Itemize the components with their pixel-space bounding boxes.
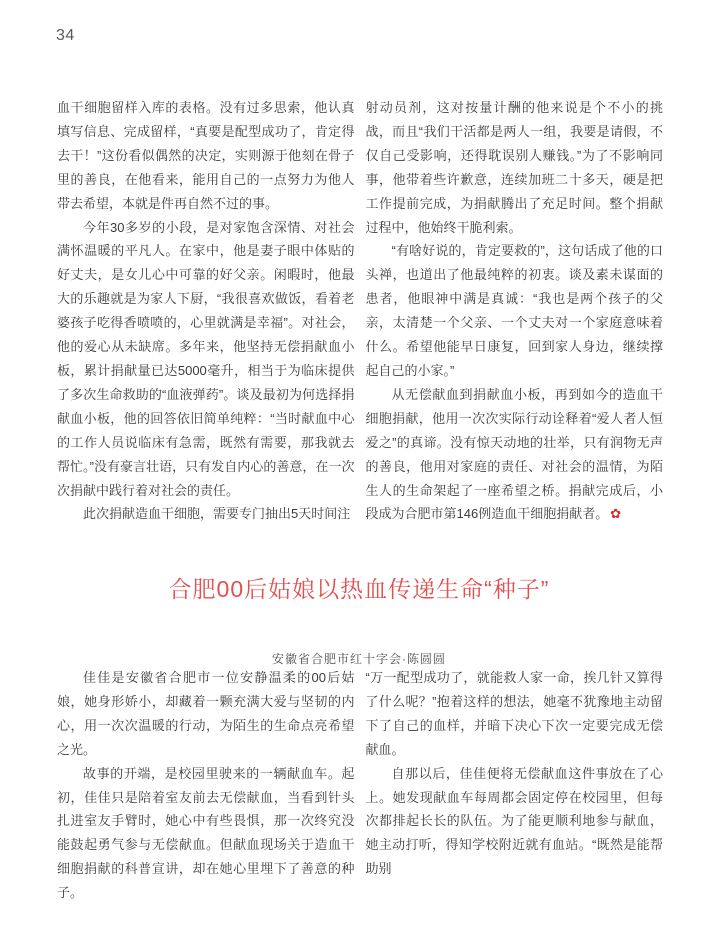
paragraph: 今年30多岁的小段，是对家饱含深情、对社会满怀温暖的平凡人。在家中，他是妻子眼中… [57,216,355,503]
paragraph: 从无偿献血到捐献血小板，再到如今的造血干细胞捐献，他用一次次实际行动诠释着“爱人… [366,383,664,526]
page-number: 34 [56,27,75,45]
top-article-left-column: 血干细胞留样入库的表格。没有过多思索，他认真填写信息、完成留样，“真要是配型成功… [57,96,355,526]
paragraph: 此次捐献造血干细胞，需要专门抽出5天时间注 [57,502,355,526]
paragraph: 射动员剂，这对按量计酬的他来说是个不小的挑战，而且“我们干活都是两人一组，我要是… [366,96,664,239]
paragraph: 血干细胞留样入库的表格。没有过多思索，他认真填写信息、完成留样，“真要是配型成功… [57,96,355,216]
paragraph: 故事的开端，是校园里驶来的一辆献血车。起初，佳佳只是陪着室友前去无偿献血，当看到… [57,762,355,905]
paragraph-text: 从无偿献血到捐献血小板，再到如今的造血干细胞捐献，他用一次次实际行动诠释着“爱人… [366,387,664,522]
bottom-article-right-column: “万一配型成功了，就能救人家一命，挨几针又算得了什么呢？”抱着这样的想法，她毫不… [366,666,664,905]
article-byline: 安徽省合肥市红十字会·陈圆圆 [0,650,718,667]
article-title: 合肥00后姑娘以热血传递生命“种子” [0,571,718,604]
paragraph: 佳佳是安徽省合肥市一位安静温柔的00后姑娘，她身形娇小，却藏着一颗充满大爱与坚韧… [57,666,355,762]
magazine-page: 34 血干细胞留样入库的表格。没有过多思索，他认真填写信息、完成留样，“真要是配… [0,0,718,945]
top-article-right-column: 射动员剂，这对按量计酬的他来说是个不小的挑战，而且“我们干活都是两人一组，我要是… [366,96,664,526]
bottom-article-left-column: 佳佳是安徽省合肥市一位安静温柔的00后姑娘，她身形娇小，却藏着一颗充满大爱与坚韧… [57,666,355,905]
paragraph: “万一配型成功了，就能救人家一命，挨几针又算得了什么呢？”抱着这样的想法，她毫不… [366,666,664,762]
paragraph: “有啥好说的，肯定要救的”，这句话成了他的口头禅，也道出了他最纯粹的初衷。谈及素… [366,239,664,382]
end-mark-flower-icon: ✿ [610,506,621,521]
bottom-article-columns: 佳佳是安徽省合肥市一位安静温柔的00后姑娘，她身形娇小，却藏着一颗充满大爱与坚韧… [57,666,663,905]
top-article-columns: 血干细胞留样入库的表格。没有过多思索，他认真填写信息、完成留样，“真要是配型成功… [57,96,663,526]
paragraph: 自那以后，佳佳便将无偿献血这件事放在了心上。她发现献血车每周都会固定停在校园里，… [366,762,664,882]
